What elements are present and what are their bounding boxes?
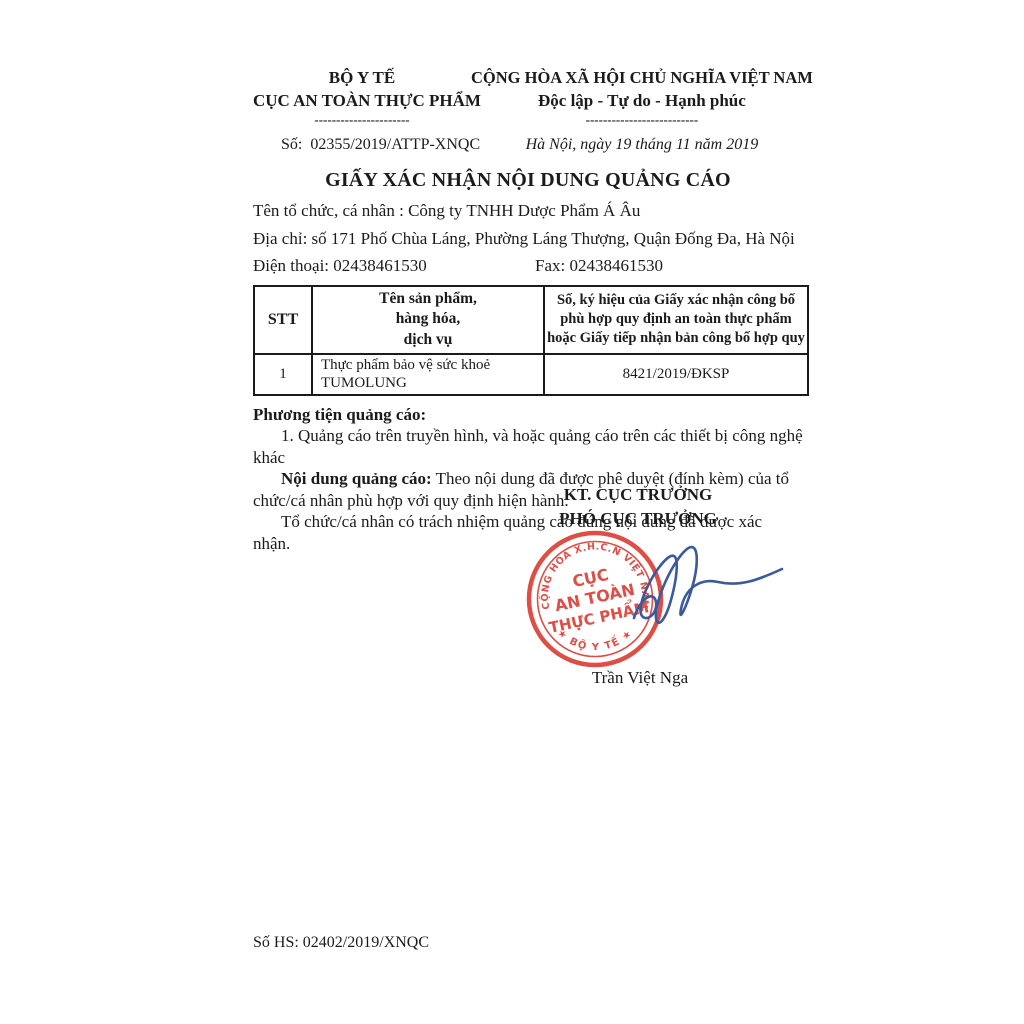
content-label: Nội dung quảng cáo: xyxy=(281,469,432,488)
column-header-certificate: Số, ký hiệu của Giấy xác nhận công bố ph… xyxy=(544,286,808,354)
row-product: Thực phẩm bảo vệ sức khoẻ TUMOLUNG xyxy=(312,354,544,396)
signature-stroke xyxy=(628,536,788,661)
product-name-line1: Thực phẩm bảo vệ sức khoẻ xyxy=(321,356,540,375)
table-header-row: STT Tên sản phẩm, hàng hóa, dịch vụ Số, … xyxy=(254,286,808,354)
document-page: BỘ Y TẾ CỤC AN TOÀN THỰC PHẨM ----------… xyxy=(0,0,1024,1024)
media-item: 1. Quảng cáo trên truyền hình, và hoặc q… xyxy=(253,425,803,468)
phone-value: Điện thoại: 02438461530 xyxy=(253,252,535,280)
document-number-label: Số: xyxy=(281,136,302,153)
national-motto: Độc lập - Tự do - Hạnh phúc xyxy=(471,89,813,112)
header-right-divider: -------------------------- xyxy=(471,112,813,127)
national-title: CỘNG HÒA XÃ HỘI CHỦ NGHĨA VIỆT NAM xyxy=(471,66,813,89)
address-line: Địa chỉ: số 171 Phố Chùa Láng, Phường Lá… xyxy=(253,225,803,253)
fax-value: Fax: 02438461530 xyxy=(535,252,663,280)
document-number-line: Số:02355/2019/ATTP-XNQC xyxy=(253,136,471,154)
phone-fax-line: Điện thoại: 02438461530 Fax: 02438461530 xyxy=(253,252,803,280)
issue-date: Hà Nội, ngày 19 tháng 11 năm 2019 xyxy=(471,136,813,154)
handwritten-signature xyxy=(628,536,788,661)
product-name-line2: TUMOLUNG xyxy=(321,374,540,393)
organization-line: Tên tổ chức, cá nhân : Công ty TNHH Dược… xyxy=(253,197,803,225)
product-header-line3: dịch vụ xyxy=(316,330,540,350)
document-header: BỘ Y TẾ CỤC AN TOÀN THỰC PHẨM ----------… xyxy=(253,66,803,154)
document-number: 02355/2019/ATTP-XNQC xyxy=(310,136,480,153)
table-row: 1 Thực phẩm bảo vệ sức khoẻ TUMOLUNG 842… xyxy=(254,354,808,396)
column-header-stt: STT xyxy=(254,286,312,354)
product-header-line2: hàng hóa, xyxy=(316,309,540,329)
row-certificate-number: 8421/2019/ĐKSP xyxy=(544,354,808,396)
document-content: BỘ Y TẾ CỤC AN TOÀN THỰC PHẨM ----------… xyxy=(253,66,803,554)
department-name: CỤC AN TOÀN THỰC PHẨM xyxy=(253,89,471,112)
header-national-motto: CỘNG HÒA XÃ HỘI CHỦ NGHĨA VIỆT NAM Độc l… xyxy=(471,66,813,154)
file-number: Số HS: 02402/2019/XNQC xyxy=(253,934,429,952)
product-table: STT Tên sản phẩm, hàng hóa, dịch vụ Số, … xyxy=(253,285,809,397)
ministry-name: BỘ Y TẾ xyxy=(253,66,471,89)
signature-kt-line: KT. CỤC TRƯỞNG xyxy=(488,485,788,505)
media-label: Phương tiện quảng cáo: xyxy=(253,405,803,425)
product-header-line1: Tên sản phẩm, xyxy=(316,289,540,309)
row-stt: 1 xyxy=(254,354,312,396)
applicant-info: Tên tổ chức, cá nhân : Công ty TNHH Dược… xyxy=(253,197,803,280)
document-title: GIẤY XÁC NHẬN NỘI DUNG QUẢNG CÁO xyxy=(253,169,803,192)
header-left-divider: ---------------------- xyxy=(253,112,471,127)
signer-name: Trần Việt Nga xyxy=(520,668,760,688)
header-issuing-agency: BỘ Y TẾ CỤC AN TOÀN THỰC PHẨM ----------… xyxy=(253,66,471,154)
column-header-product: Tên sản phẩm, hàng hóa, dịch vụ xyxy=(312,286,544,354)
